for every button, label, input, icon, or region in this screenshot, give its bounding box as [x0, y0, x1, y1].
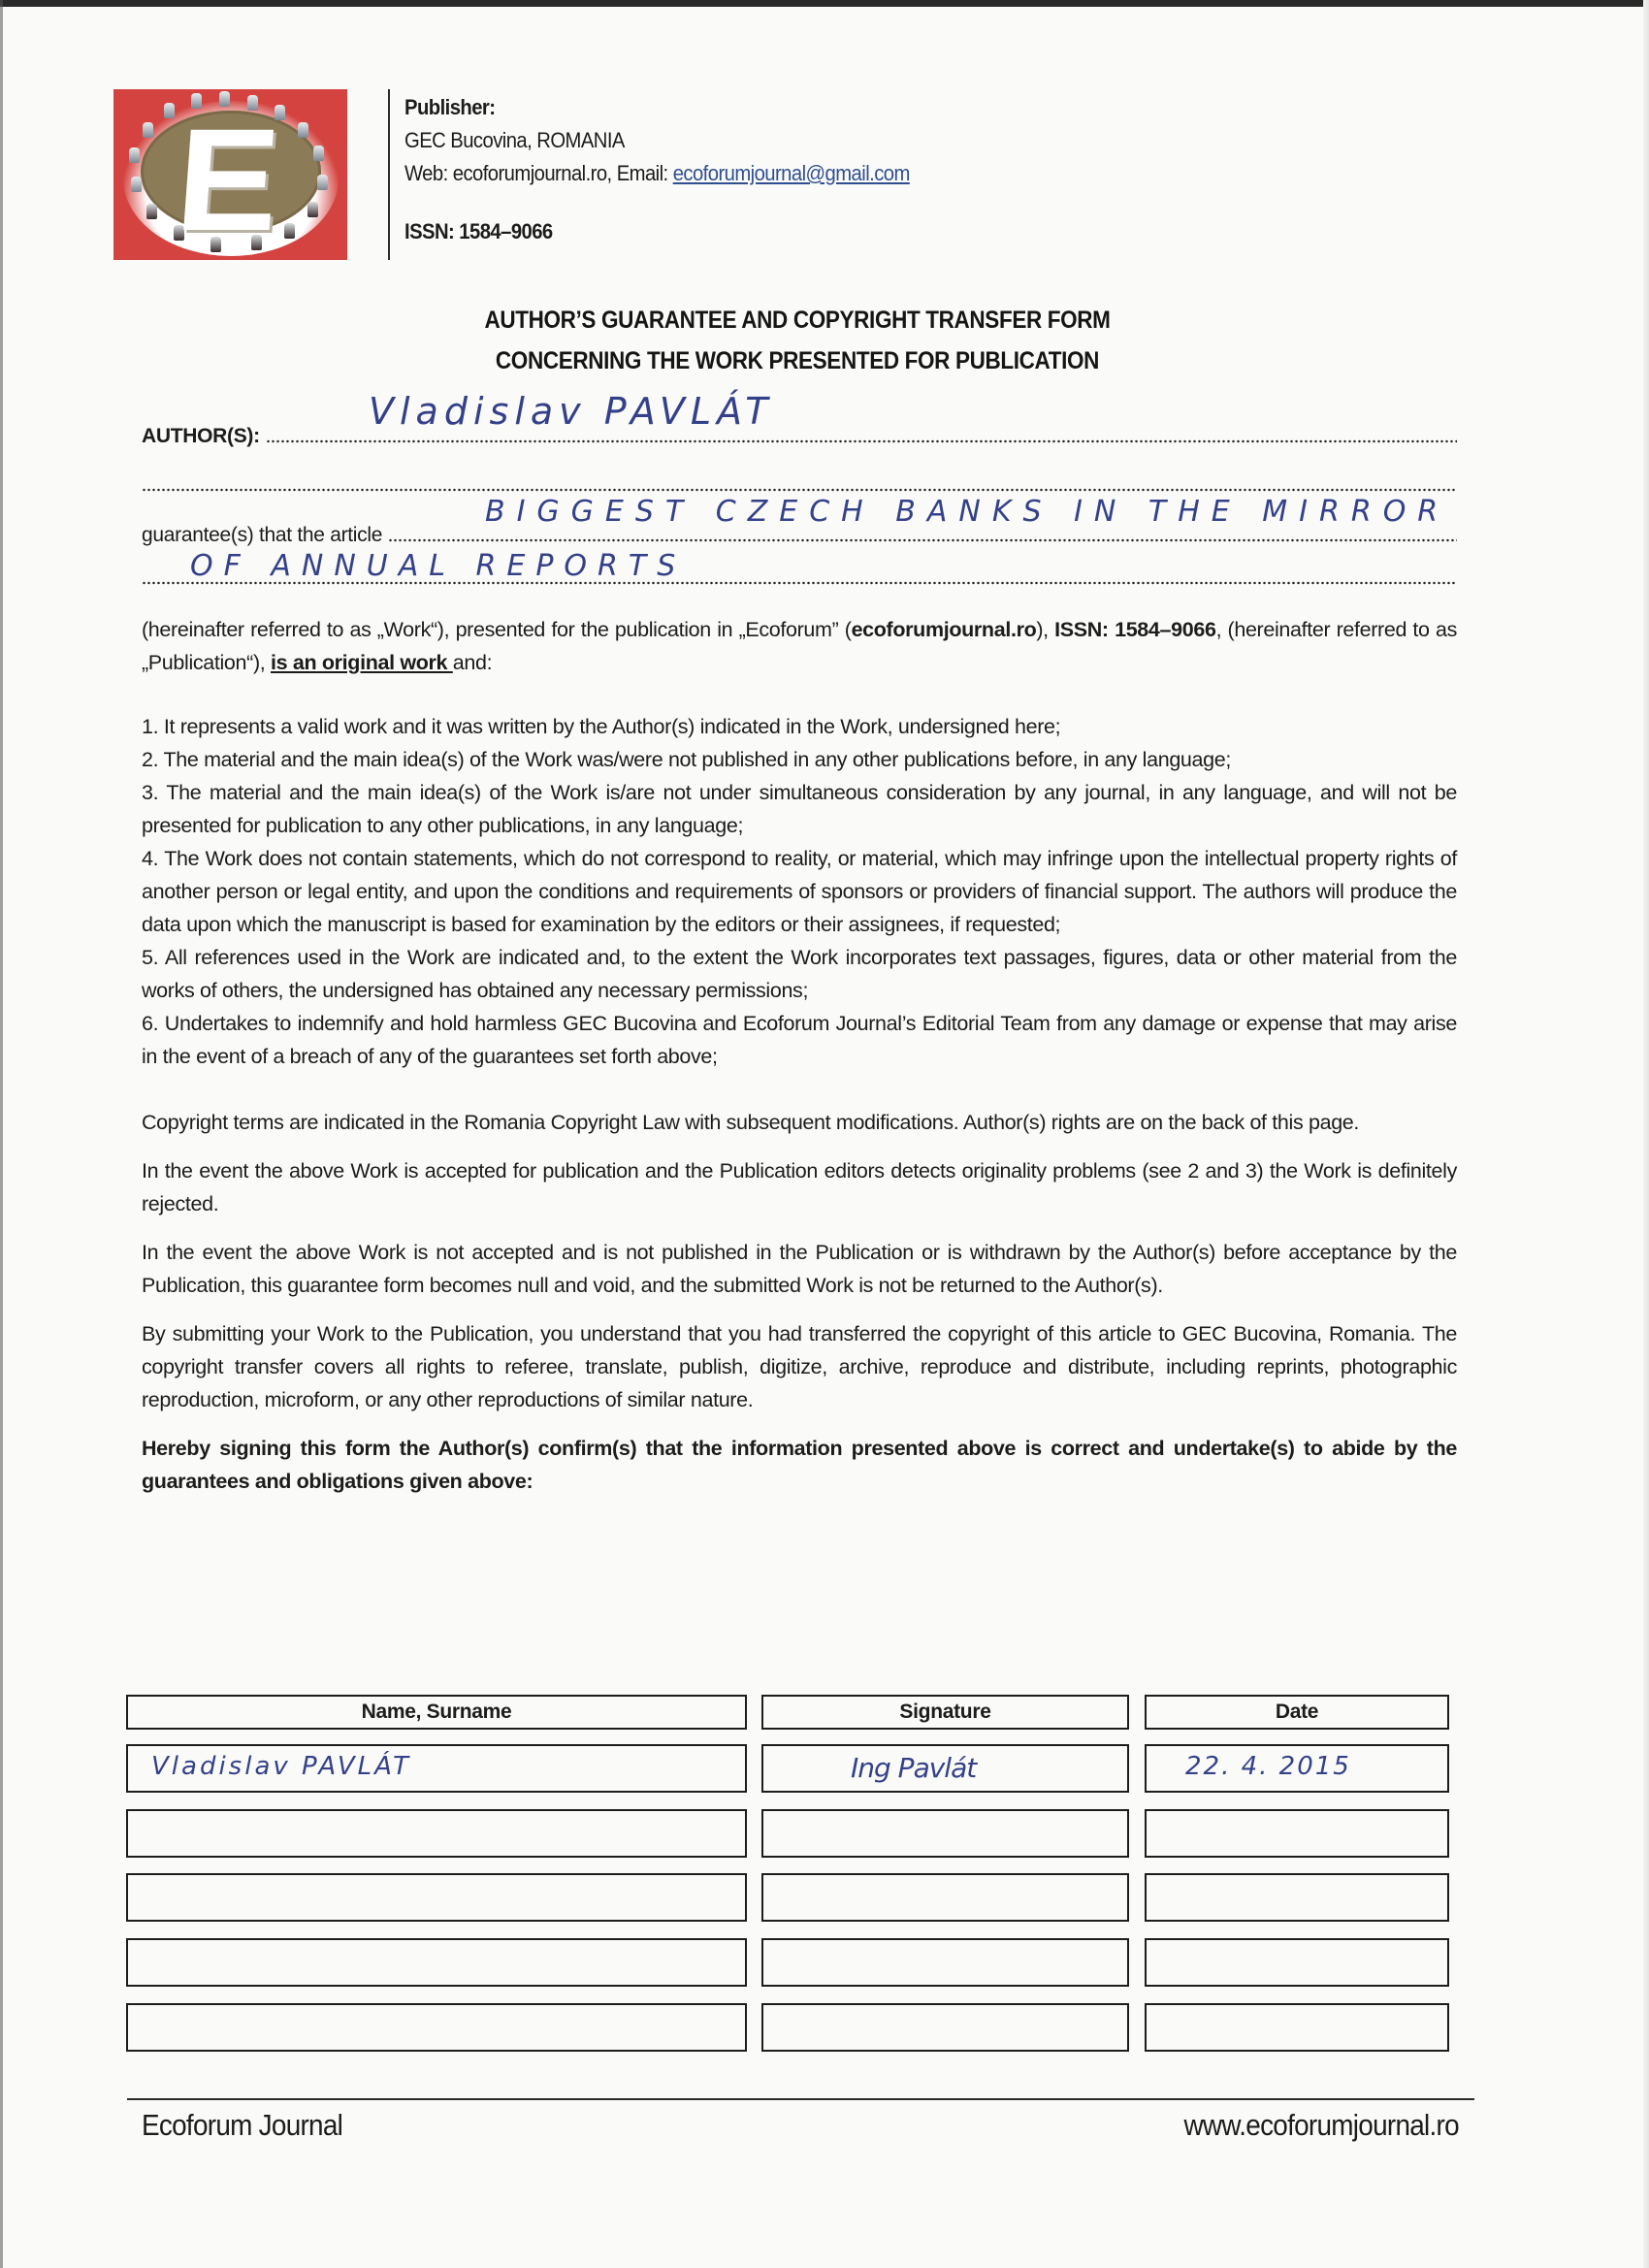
- logo-chair-icon: [313, 146, 324, 161]
- logo-letter: E: [172, 107, 284, 252]
- date-cell-value: 22. 4. 2015: [1185, 1752, 1351, 1781]
- logo-chair-icon: [146, 204, 157, 219]
- column-header-date: Date: [1145, 1695, 1449, 1730]
- header-divider: [388, 89, 390, 260]
- dotted-line: [142, 488, 1457, 492]
- date-cell[interactable]: 22. 4. 2015: [1145, 1744, 1449, 1793]
- name-cell[interactable]: [126, 2003, 747, 2052]
- spacer: [142, 1073, 1457, 1106]
- publisher-contact: Web: ecoforumjournal.ro, Email: ecoforum…: [404, 157, 910, 190]
- date-cell[interactable]: [1145, 1873, 1449, 1922]
- guarantee-item-6: 6. Undertakes to indemnify and hold harm…: [142, 1007, 1457, 1073]
- spacer: [142, 1139, 1457, 1154]
- confirmation-paragraph: Hereby signing this form the Author(s) c…: [142, 1432, 1457, 1498]
- form-title-line2: CONCERNING THE WORK PRESENTED FOR PUBLIC…: [341, 347, 1253, 375]
- intro-paragraph: (hereinafter referred to as „Work“), pre…: [142, 613, 1457, 679]
- article-handwritten-line1: BIGGEST CZECH BANKS IN THE MIRROR: [485, 495, 1449, 529]
- signature-cell[interactable]: [761, 1809, 1129, 1858]
- spacer: [142, 1220, 1457, 1236]
- date-cell[interactable]: [1145, 1809, 1449, 1858]
- scan-edge-top: [0, 0, 1649, 7]
- intro-text: (hereinafter referred to as „Work“), pre…: [142, 618, 852, 641]
- dotted-line: [388, 538, 1457, 542]
- logo-chair-icon: [284, 223, 295, 239]
- authors-handwritten-value: Vladislav PAVLÁT: [369, 390, 773, 433]
- scan-edge-right: [1643, 0, 1649, 2268]
- name-cell[interactable]: [126, 1938, 747, 1987]
- logo-chair-icon: [131, 177, 142, 192]
- form-body: (hereinafter referred to as „Work“), pre…: [142, 613, 1457, 1498]
- footer-journal-name: Ecoforum Journal: [142, 2108, 342, 2143]
- intro-issn-tail: 9066: [1171, 618, 1215, 641]
- intro-site: ecoforumjournal.ro: [852, 618, 1037, 641]
- column-header-signature: Signature: [761, 1695, 1129, 1730]
- spacer: [142, 1416, 1457, 1432]
- signature-cell[interactable]: [761, 1873, 1129, 1922]
- scan-edge-left: [0, 0, 3, 2268]
- logo-chair-icon: [317, 175, 328, 190]
- date-cell[interactable]: [1145, 1938, 1449, 1987]
- article-label: guarantee(s) that the article: [142, 524, 388, 547]
- logo-chair-icon: [164, 103, 175, 118]
- logo-chair-icon: [298, 122, 308, 138]
- authors-field[interactable]: AUTHOR(S):: [142, 419, 1457, 448]
- footer-divider: [127, 2098, 1474, 2100]
- name-cell[interactable]: [126, 1809, 747, 1858]
- ecoforum-logo: E: [113, 89, 347, 260]
- column-header-name: Name, Surname: [126, 1695, 747, 1730]
- publisher-block: Publisher: GEC Bucovina, ROMANIA Web: ec…: [404, 91, 910, 248]
- logo-chair-icon: [143, 122, 153, 138]
- intro-issn: ISSN: 1584–: [1054, 618, 1171, 641]
- signature-cell[interactable]: Ing Pavlát: [761, 1744, 1129, 1793]
- transfer-paragraph: By submitting your Work to the Publicati…: [142, 1317, 1457, 1416]
- name-cell[interactable]: [126, 1873, 747, 1922]
- spacer: [142, 1302, 1457, 1317]
- authors-field-line2[interactable]: [142, 468, 1457, 497]
- email-link[interactable]: ecoforumjournal@gmail.com: [673, 161, 910, 185]
- publisher-label: Publisher:: [404, 91, 910, 124]
- article-handwritten-line2: OF ANNUAL REPORTS: [190, 549, 686, 583]
- signature-cell[interactable]: [761, 2003, 1129, 2052]
- signature-cell-value: Ing Pavlát: [851, 1752, 976, 1784]
- withdrawal-paragraph: In the event the above Work is not accep…: [142, 1236, 1457, 1302]
- web-text: Web: ecoforumjournal.ro, Email:: [404, 161, 673, 185]
- signature-cell[interactable]: [761, 1938, 1129, 1987]
- logo-chair-icon: [307, 202, 318, 217]
- guarantee-item-3: 3. The material and the main idea(s) of …: [142, 776, 1457, 842]
- intro-text: and:: [453, 651, 492, 674]
- footer-website: www.ecoforumjournal.ro: [1184, 2108, 1459, 2143]
- form-title-line1: AUTHOR’S GUARANTEE AND COPYRIGHT TRANSFE…: [341, 307, 1253, 335]
- publisher-name: GEC Bucovina, ROMANIA: [404, 124, 910, 157]
- guarantee-item-5: 5. All references used in the Work are i…: [142, 941, 1457, 1007]
- guarantee-item-4: 4. The Work does not contain statements,…: [142, 842, 1457, 941]
- logo-chair-icon: [129, 147, 140, 163]
- name-cell[interactable]: Vladislav PAVLÁT: [126, 1744, 747, 1793]
- original-work-emphasis: is an original work: [271, 651, 453, 674]
- authors-label: AUTHOR(S):: [142, 425, 266, 448]
- guarantee-item-1: 1. It represents a valid work and it was…: [142, 710, 1457, 743]
- name-cell-value: Vladislav PAVLÁT: [151, 1752, 411, 1781]
- copyright-paragraph: Copyright terms are indicated in the Rom…: [142, 1106, 1457, 1139]
- intro-text: ),: [1036, 618, 1054, 641]
- guarantee-item-2: 2. The material and the main idea(s) of …: [142, 743, 1457, 776]
- originality-paragraph: In the event the above Work is accepted …: [142, 1154, 1457, 1220]
- issn: ISSN: 1584–9066: [404, 215, 910, 248]
- spacer: [142, 679, 1457, 710]
- date-cell[interactable]: [1145, 2003, 1449, 2052]
- dotted-line: [266, 439, 1457, 443]
